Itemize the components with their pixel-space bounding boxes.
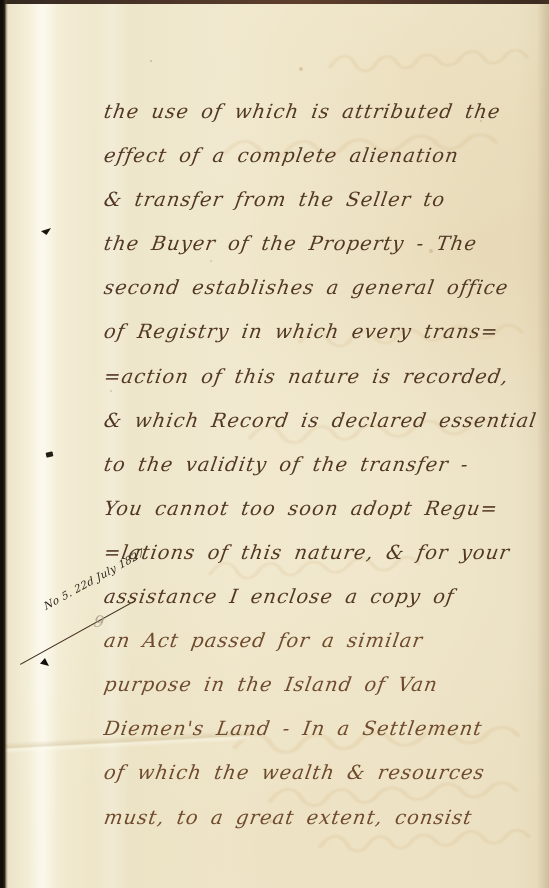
letter-line: the Buyer of the Property - The [101,222,549,266]
letter-line: effect of a complete alienation [101,134,549,178]
letter-line: & transfer from the Seller to [101,178,549,222]
letter-line: the use of which is attributed the [101,90,549,134]
page-edge-right [537,0,549,888]
letter-line: an Act passed for a similar [101,619,549,663]
letter-line: assistance I enclose a copy of [101,575,549,619]
letter-line: You cannot too soon adopt Regu= [101,487,549,531]
page-edge-left [0,0,8,888]
letter-line: must, to a great extent, consist [101,796,549,840]
letter-line: & which Record is declared essential [101,399,549,443]
letter-line: purpose in the Island of Van [101,663,549,707]
fold-crease-vertical [28,0,58,888]
letter-line: =action of this nature is recorded, [101,355,549,399]
page-edge-top [0,0,549,4]
manuscript-page: the use of which is attributed the effec… [0,0,549,888]
letter-line: Diemen's Land - In a Settlement [101,707,549,751]
letter-line: to the validity of the transfer - [101,443,549,487]
letter-line: of Registry in which every trans= [101,310,549,354]
letter-line: second establishes a general office [101,266,549,310]
letter-body: the use of which is attributed the effec… [102,90,549,840]
letter-line: of which the wealth & resources [101,751,549,795]
foxing-specks [150,60,152,62]
letter-line: =lations of this nature, & for your [101,531,549,575]
